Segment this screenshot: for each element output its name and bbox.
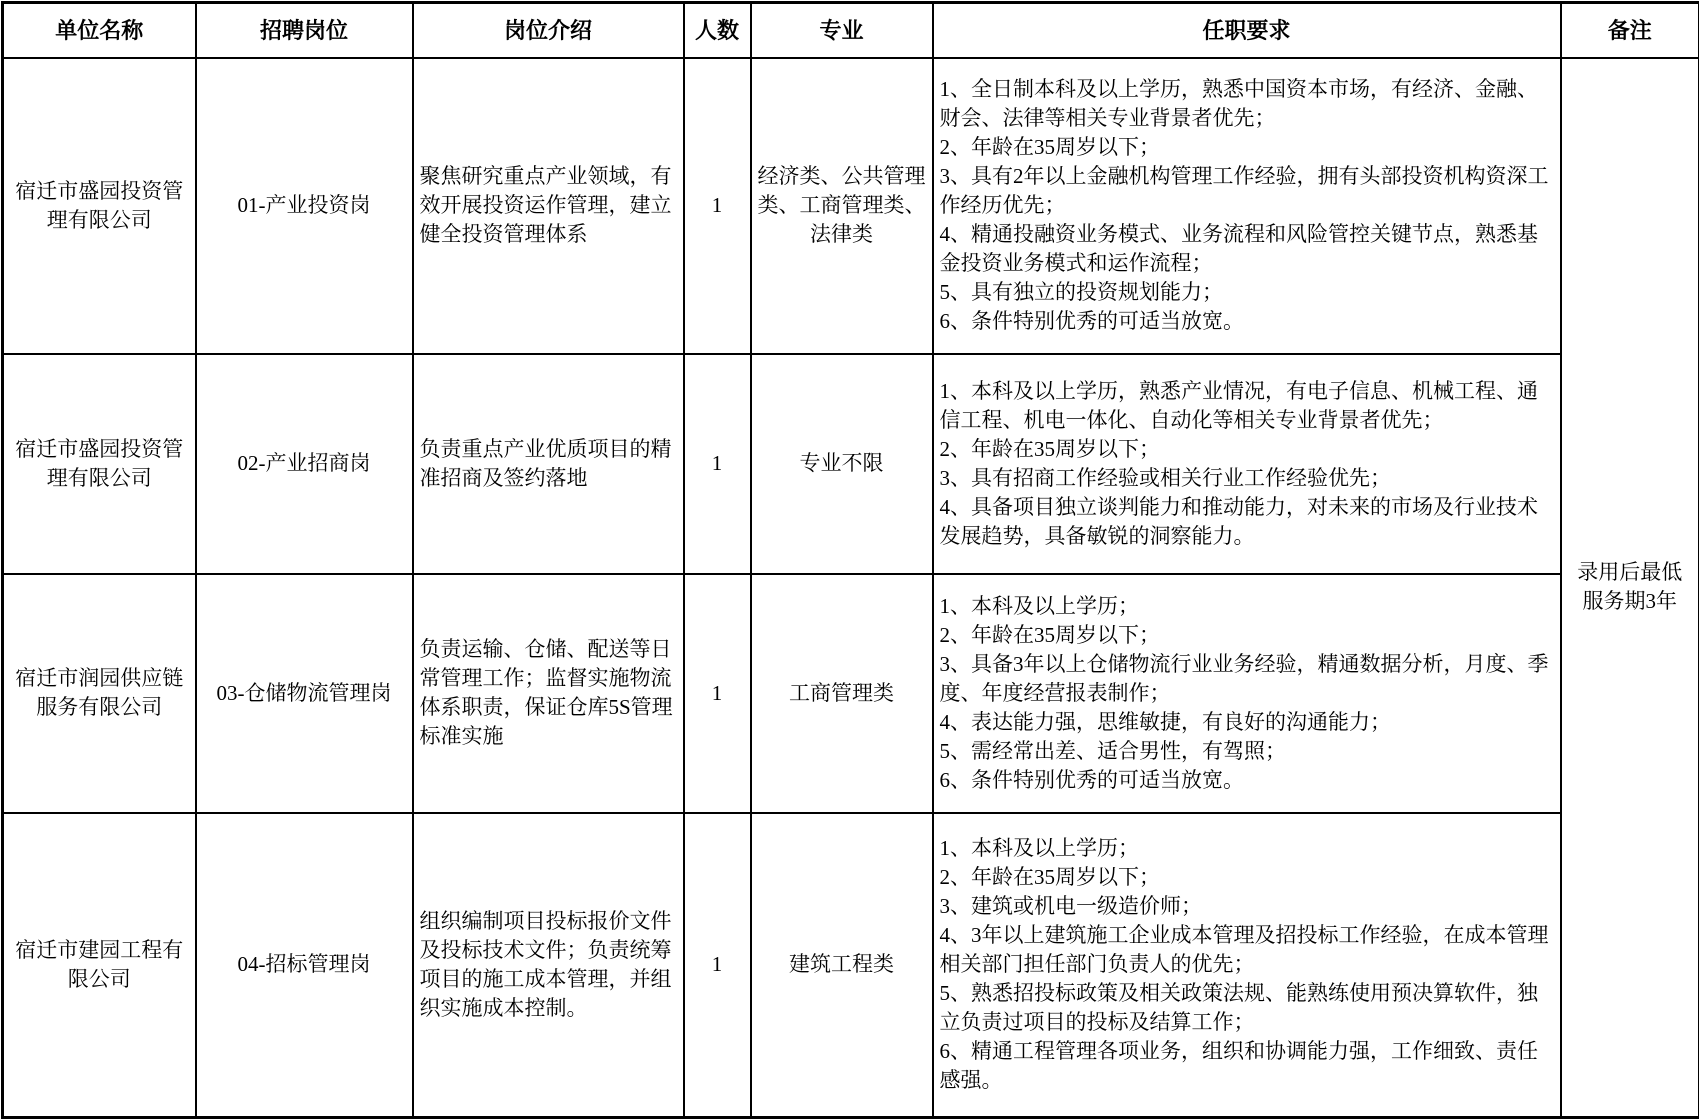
requirements-cell: 1、全日制本科及以上学历，熟悉中国资本市场，有经济、金融、财会、法律等相关专业背… (933, 58, 1561, 354)
company-cell: 宿迁市建园工程有限公司 (3, 813, 196, 1118)
table-row: 宿迁市盛园投资管理有限公司 01-产业投资岗 聚焦研究重点产业领域，有效开展投资… (3, 58, 1699, 354)
count-cell: 1 (684, 58, 751, 354)
header-cell-remark: 备注 (1561, 3, 1699, 58)
header-cell-company: 单位名称 (3, 3, 196, 58)
intro-cell: 聚焦研究重点产业领域，有效开展投资运作管理，建立健全投资管理体系 (413, 58, 684, 354)
count-cell: 1 (684, 813, 751, 1118)
table-row: 宿迁市润园供应链服务有限公司 03-仓储物流管理岗 负责运输、仓储、配送等日常管… (3, 574, 1699, 813)
major-cell: 专业不限 (751, 354, 933, 574)
header-cell-intro: 岗位介绍 (413, 3, 684, 58)
requirements-cell: 1、本科及以上学历，熟悉产业情况，有电子信息、机械工程、通信工程、机电一体化、自… (933, 354, 1561, 574)
intro-cell: 组织编制项目投标报价文件及投标技术文件；负责统筹项目的施工成本管理，并组织实施成… (413, 813, 684, 1118)
table-row: 宿迁市建园工程有限公司 04-招标管理岗 组织编制项目投标报价文件及投标技术文件… (3, 813, 1699, 1118)
requirements-cell: 1、本科及以上学历； 2、年龄在35周岁以下； 3、建筑或机电一级造价师； 4、… (933, 813, 1561, 1118)
count-cell: 1 (684, 574, 751, 813)
position-cell: 02-产业招商岗 (196, 354, 413, 574)
company-cell: 宿迁市润园供应链服务有限公司 (3, 574, 196, 813)
major-cell: 经济类、公共管理类、工商管理类、法律类 (751, 58, 933, 354)
intro-cell: 负责运输、仓储、配送等日常管理工作；监督实施物流体系职责，保证仓库5S管理标准实… (413, 574, 684, 813)
position-cell: 01-产业投资岗 (196, 58, 413, 354)
company-cell: 宿迁市盛园投资管理有限公司 (3, 58, 196, 354)
header-cell-requirements: 任职要求 (933, 3, 1561, 58)
count-cell: 1 (684, 354, 751, 574)
company-cell: 宿迁市盛园投资管理有限公司 (3, 354, 196, 574)
major-cell: 建筑工程类 (751, 813, 933, 1118)
header-cell-count: 人数 (684, 3, 751, 58)
recruitment-table: 单位名称 招聘岗位 岗位介绍 人数 专业 任职要求 备注 宿迁市盛园投资管理有限… (1, 1, 1699, 1119)
header-cell-position: 招聘岗位 (196, 3, 413, 58)
table-row: 宿迁市盛园投资管理有限公司 02-产业招商岗 负责重点产业优质项目的精准招商及签… (3, 354, 1699, 574)
header-row: 单位名称 招聘岗位 岗位介绍 人数 专业 任职要求 备注 (3, 3, 1699, 58)
position-cell: 03-仓储物流管理岗 (196, 574, 413, 813)
header-cell-major: 专业 (751, 3, 933, 58)
major-cell: 工商管理类 (751, 574, 933, 813)
recruitment-page: 单位名称 招聘岗位 岗位介绍 人数 专业 任职要求 备注 宿迁市盛园投资管理有限… (0, 1, 1699, 1120)
requirements-cell: 1、本科及以上学历； 2、年龄在35周岁以下； 3、具备3年以上仓储物流行业业务… (933, 574, 1561, 813)
remark-cell: 录用后最低服务期3年 (1561, 58, 1699, 1118)
intro-cell: 负责重点产业优质项目的精准招商及签约落地 (413, 354, 684, 574)
position-cell: 04-招标管理岗 (196, 813, 413, 1118)
